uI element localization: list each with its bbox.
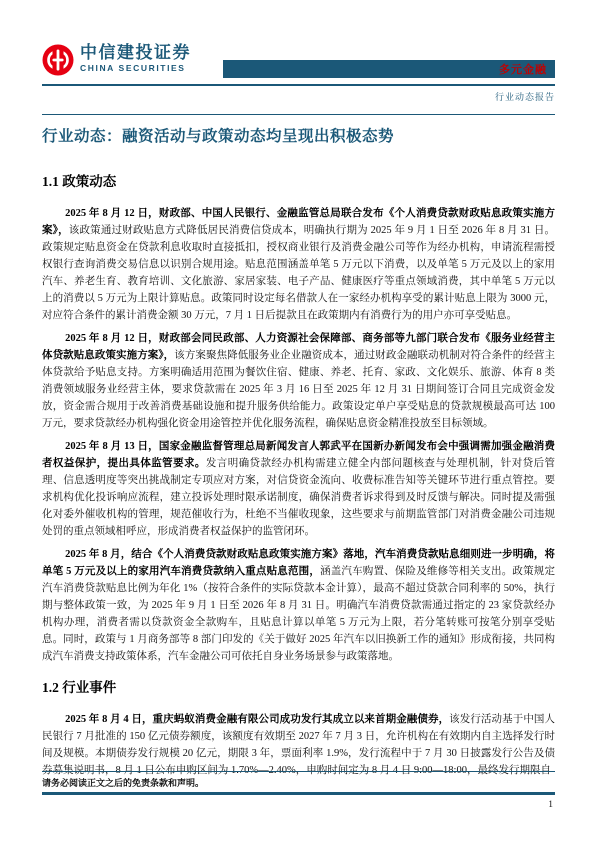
report-body: 1.1 政策动态 2025 年 8 月 12 日，财政部、中国人民银行、金融监管… — [0, 170, 595, 779]
disclaimer-text: 请务必阅读正文之后的免责条款和声明。 — [42, 771, 555, 789]
brand-name-cn: 中信建投证券 — [80, 44, 191, 61]
paragraph-policy-2: 2025 年 8 月 12 日，财政部会同民政部、人力资源社会保障部、商务部等九… — [42, 330, 555, 432]
report-page: 中信建投证券 CHINA SECURITIES 多元金融 行业动态报告 行业动态… — [0, 0, 595, 842]
paragraph-policy-4: 2025 年 8 月，结合《个人消费贷款财政贴息政策实施方案》落地，汽车消费贷款… — [42, 546, 555, 665]
report-header: 中信建投证券 CHINA SECURITIES 多元金融 行业动态报告 行业动态… — [0, 0, 595, 146]
paragraph-policy-1: 2025 年 8 月 12 日，财政部、中国人民银行、金融监管总局联合发布《个人… — [42, 205, 555, 324]
brand-row: 中信建投证券 CHINA SECURITIES 多元金融 — [42, 44, 555, 78]
section-heading-policy: 1.1 政策动态 — [42, 170, 555, 190]
brand-name-en: CHINA SECURITIES — [80, 64, 191, 73]
paragraph-lead: 2025 年 8 月 4 日，重庆蚂蚁消费金融有限公司成功发行其成立以来首期金融… — [65, 714, 449, 725]
paragraph-policy-3: 2025 年 8 月 13 日，国家金融监督管理总局新闻发言人郭武平在国新办新闻… — [42, 438, 555, 540]
section-heading-events: 1.2 行业事件 — [42, 676, 555, 696]
footer-rule — [42, 792, 555, 795]
title-rule — [42, 114, 555, 115]
section-industry-events: 1.2 行业事件 2025 年 8 月 4 日，重庆蚂蚁消费金融有限公司成功发行… — [42, 676, 555, 779]
paragraph-body: 发言明确贷款经办机构需建立健全内部问题核查与处理机制，针对贷后管理、信息透明度等… — [42, 458, 555, 537]
company-logo-icon — [42, 44, 74, 76]
section-policy-updates: 1.1 政策动态 2025 年 8 月 12 日，财政部、中国人民银行、金融监管… — [42, 170, 555, 665]
paragraph-body: 涵盖汽车购置、保险及维修等相关支出。政策规定汽车消费贷款贴息比例为年化 1%（按… — [42, 566, 555, 662]
report-title: 行业动态：融资活动与政策动态均呈现出积极态势 — [42, 124, 555, 146]
header-rule — [42, 84, 555, 86]
page-number: 1 — [42, 800, 555, 810]
sector-banner: 多元金融 — [223, 60, 555, 78]
paragraph-event-1: 2025 年 8 月 4 日，重庆蚂蚁消费金融有限公司成功发行其成立以来首期金融… — [42, 711, 555, 779]
paragraph-body: 该政策通过财政贴息方式降低居民消费信贷成本，明确执行期为 2025 年 9 月 … — [42, 225, 555, 321]
sector-label: 多元金融 — [499, 61, 547, 77]
report-type-label: 行业动态报告 — [42, 90, 555, 103]
brand-text: 中信建投证券 CHINA SECURITIES — [80, 44, 191, 73]
paragraph-body: 该方案聚焦降低服务业企业融资成本，通过财政金融联动机制对符合条件的经营主体贷款给… — [42, 350, 555, 429]
report-footer: 请务必阅读正文之后的免责条款和声明。 1 — [42, 771, 555, 810]
